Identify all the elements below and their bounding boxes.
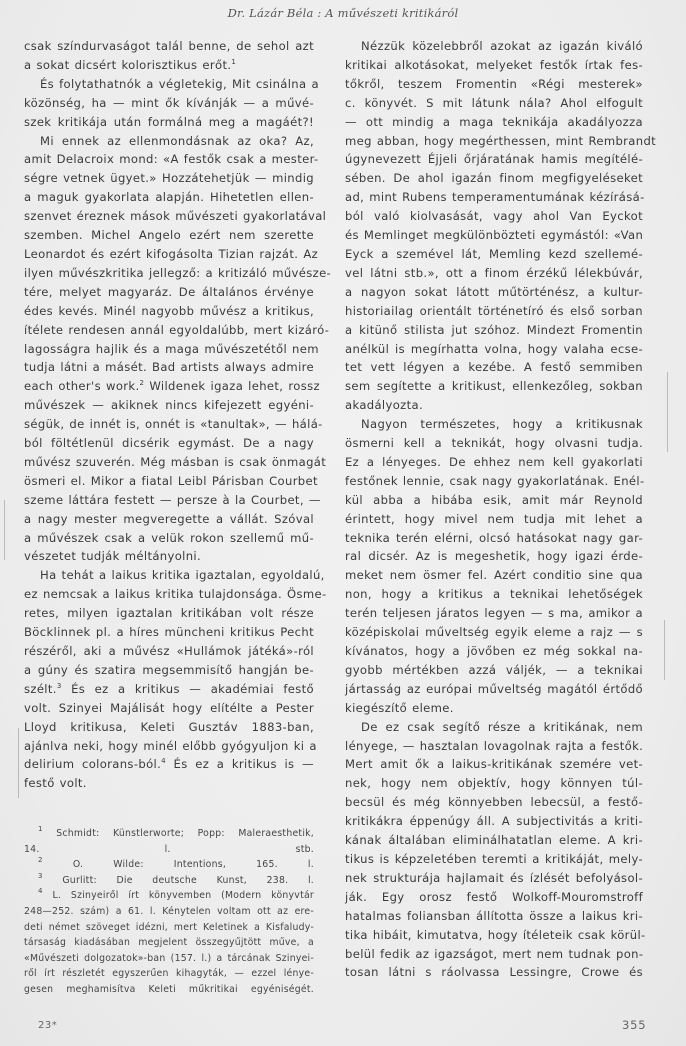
text-line: ból való kiolvasását, vagy ahol Van Eyck… [345, 207, 643, 226]
text-line: szek kritikája után formálná meg a magáé… [24, 113, 314, 132]
text-line: vel látni stb.», ott a finom érzékű léle… [345, 264, 643, 283]
scan-margin-mark [4, 500, 5, 560]
text-line: csak színdurvaságot talál benne, de seho… [24, 37, 314, 56]
text-line: tosan látni s ráolvassa Lessingre, Crowe… [345, 963, 643, 982]
text-line: sem segítette a kritikust, ellenkezőleg,… [345, 377, 643, 396]
text-line: és Memlinget megkülönbözteti egymástól: … [345, 226, 643, 245]
text-line: középiskolai műveltség egyik eleme a raj… [345, 623, 643, 642]
footnote-4-line: gesen meghamisítva Keleti műkritikai egy… [24, 982, 314, 998]
text-line: non, hogy a kritikus a teknikai lehetősé… [345, 585, 643, 604]
signature-mark: 23* [38, 1020, 57, 1031]
text-line: a kitünő stilista jut szóhoz. Mindezt Fr… [345, 321, 643, 340]
text-line: a nagyon sokat látott műtörténész, a kul… [345, 283, 643, 302]
footnote-1: 1 Schmidt: Künstlerworte; Popp: Maleraes… [24, 826, 314, 842]
footnote-1-cont: 14. l. stb. [24, 842, 314, 858]
text-line: lényege, — hasztalan lovagolnak rajta a … [345, 737, 643, 756]
text-line: tére, melyet magyaráz. De általános érvé… [24, 283, 314, 302]
text-line: tika hibáit, kimutatva, hogy ítéleteik c… [345, 926, 643, 945]
footnote-4-line: «Művészeti dolgozatok»-ban (157. l.) a t… [24, 951, 314, 967]
text-line: ilyen művészkritika jellegző: a kritizál… [24, 264, 314, 283]
text-line: ajánlva neki, hogy minél előbb gyógyuljo… [24, 737, 314, 756]
text-line: ösmeri el. Mikor a fiatal Leibl Párisban… [24, 472, 314, 491]
text-line: retes, milyen igaztalan kritikában volt … [24, 604, 314, 623]
footnotes: 1 Schmidt: Künstlerworte; Popp: Maleraes… [24, 826, 314, 998]
text-line: vészetet tudják méltányolni. [24, 547, 314, 566]
running-head: Dr. Lázár Béla : A művészeti kritikáról [0, 6, 686, 20]
text-line: ral dicsér. Az is megeshetik, hogy igazi… [345, 547, 643, 566]
text-line: ják. Egy orosz festő Wolkoff-Mouromstrof… [345, 888, 643, 907]
text-line: Nagyon természetes, hogy a kritikusnak [345, 415, 643, 434]
text-line: művész szuverén. Még másban is csak önma… [24, 453, 314, 472]
text-line: akadályozta. [345, 396, 643, 415]
text-line: lagosságra hajlik és a maga művészetétől… [24, 340, 314, 359]
text-line: ad, mint Rubens temperamentumának kézírá… [345, 188, 643, 207]
text-line: amit Delacroix mond: «A festők csak a me… [24, 150, 314, 169]
text-line: a gúny és szatira megsemmisítő hangján b… [24, 661, 314, 680]
text-line: szemben. Michel Angelo ezért nem szerett… [24, 226, 314, 245]
text-line: sében. De ahol igazán finom megfigyelése… [345, 169, 643, 188]
text-line: jártasság az európai műveltség magától é… [345, 680, 643, 699]
text-line: becsül és még könnyebben lebecsül, a fes… [345, 793, 643, 812]
text-line: Böcklinnek pl. a híres müncheni kritikus… [24, 623, 314, 642]
page-number: 355 [622, 1018, 646, 1032]
text-line: Mert amit ők a laikus-kritikának szemére… [345, 755, 643, 774]
text-line: Ez a lényeges. De ehhez nem kell gyakorl… [345, 453, 643, 472]
text-line: Eyck a szemével lát, Memling kezd szelle… [345, 245, 643, 264]
text-line: nek strukturája hajlamait és ízlését bef… [345, 869, 643, 888]
text-line: meg abban, hogy megérthessen, mint Rembr… [345, 132, 643, 151]
text-line: tet vett légyen a kezébe. A festő semmib… [345, 358, 643, 377]
text-line: Lloyd kritikusa, Keleti Gusztáv 1883-ban… [24, 718, 314, 737]
footnote-4-line: deti német szöveget idézni, mert Keletin… [24, 920, 314, 936]
text-line: tőkről, teszem Fromentin «Régi mesterek» [345, 75, 643, 94]
text-line: kának általában eliminálhatatlan eleme. … [345, 831, 643, 850]
text-line: kívánatos, hogy a jövőben ez még sokkal … [345, 642, 643, 661]
text-line: érintett, hogy mivel nem tudja mit lehet… [345, 510, 643, 529]
text-line: volt. Szinyei Majálisát hogy elítélte a … [24, 699, 314, 718]
text-line: ségük, de innét is, onnét is «tanultak»,… [24, 415, 314, 434]
text-line: szenvet éreznek mások művészeti gyakorla… [24, 207, 314, 226]
text-line: festőnek lennie, csak nagy gyakorlatának… [345, 472, 643, 491]
footnote-4-line: ről írt részletét egyszerűen kihagyták, … [24, 966, 314, 982]
text-line: kiegészítő eleme. [345, 699, 643, 718]
text-line: De ez csak segítő része a kritikának, ne… [345, 718, 643, 737]
text-line: részéről, aki a művész «Hullámok játéká»… [24, 642, 314, 661]
text-line: kül abba a hibába esik, amit már Reynold [345, 491, 643, 510]
text-line: tudja látni a másét. Bad artists always … [24, 358, 314, 377]
text-line: c. könyvét. S mit látunk nála? Ahol elfo… [345, 94, 643, 113]
left-column: csak színdurvaságot talál benne, de seho… [24, 37, 314, 793]
text-line: festő volt. [24, 774, 314, 793]
text-line: Mi ennek az ellenmondásnak az oka? Az, [24, 132, 314, 151]
text-line: a művészek csak a velük rokon szellemű m… [24, 529, 314, 548]
text-line: ösmerni kell a teknikát, hogy olvasni tu… [345, 434, 643, 453]
footnote-3: 3 Gurlitt: Die deutsche Kunst, 238. l. [24, 873, 314, 889]
text-line: művészek — akiknek nincs kifejezett egyé… [24, 396, 314, 415]
text-line: each other's work.2 Wildenek igaza lehet… [24, 377, 314, 396]
text-line: a maguk gyakorlata alapján. Hihetetlen e… [24, 188, 314, 207]
text-line: úgynevezett Éjjeli őrjáratának hamis meg… [345, 150, 643, 169]
text-line: ból föltétlenül dicsérik egymást. De a n… [24, 434, 314, 453]
text-line: — ott mindig a maga teknikája akadályozz… [345, 113, 643, 132]
text-line: meket nem ösmer fel. Azért conditio sine… [345, 566, 643, 585]
scan-margin-mark [18, 728, 19, 798]
text-line: szeme láttára festett — persze à la Cour… [24, 491, 314, 510]
text-line: ez nemcsak a laikus kritika tulajdonsága… [24, 585, 314, 604]
text-line: kritikai alkotásokat, melyeket festők ír… [345, 56, 643, 75]
text-line: belül fedik az igazságot, mert nem tudna… [345, 945, 643, 964]
text-line: Leonardot és ezért kifogásolta Tizian ra… [24, 245, 314, 264]
text-line: szélt.3 És ez a kritikus — akadémiai fes… [24, 680, 314, 699]
text-line: közönség, ha — mint ők kívánják — a művé… [24, 94, 314, 113]
text-line: hatalmas foliansban állította össze a la… [345, 907, 643, 926]
book-page: Dr. Lázár Béla : A művészeti kritikáról … [0, 0, 686, 1046]
text-line: kritikákra éppenúgy áll. A subjectivitás… [345, 812, 643, 831]
text-line: a nagy mester megveregette a vállát. Szó… [24, 510, 314, 529]
text-line: ítélete rendesen annál egyoldalúbb, mert… [24, 321, 314, 340]
text-line: teknika terén elérni, olcsó hatásokat na… [345, 529, 643, 548]
footnote-2: 2 O. Wilde: Intentions, 165. l. [24, 857, 314, 873]
text-line: terén teljesen járatos legyen — s ma, am… [345, 604, 643, 623]
scan-margin-mark [667, 372, 668, 452]
text-line: anélkül is megírhatta volna, hogy valaha… [345, 340, 643, 359]
right-column: Nézzük közelebbről azokat az igazán kivá… [345, 37, 643, 982]
text-line: És folytathatnók a végletekig, Mit csiná… [24, 75, 314, 94]
text-line: nek, hogy nem objektív, hogy könnyen túl… [345, 774, 643, 793]
text-line: ségre vetnek ügyet.» Hozzátehetjük — min… [24, 169, 314, 188]
footnote-ref: 1 [231, 58, 236, 66]
footnote-4-line: társaság kiadásában megjelent összegyűjt… [24, 935, 314, 951]
text-line: a sokat dicsért kolorisztikus erőt.1 [24, 56, 314, 75]
text-line: gyobb mértékben azzá váljék, — a teknika… [345, 661, 643, 680]
text-line: Ha tehát a laikus kritika igaztalan, egy… [24, 566, 314, 585]
text-line: édes kevés. Minél nagyobb művész a kriti… [24, 302, 314, 321]
scan-margin-mark [664, 620, 665, 680]
text-line: Nézzük közelebbről azokat az igazán kivá… [345, 37, 643, 56]
text-line: tikus is képzeletében teremti a kritikáj… [345, 850, 643, 869]
footnote-4-line: 248—252. szám) a 61. l. Kénytelen voltam… [24, 904, 314, 920]
footnote-4: 4 L. Szinyeiről írt könyvemben (Modern k… [24, 888, 314, 904]
text-line: delirium colorans-ból.4 És ez a kritikus… [24, 755, 314, 774]
text-line: historiailag orientált történetíró és el… [345, 302, 643, 321]
